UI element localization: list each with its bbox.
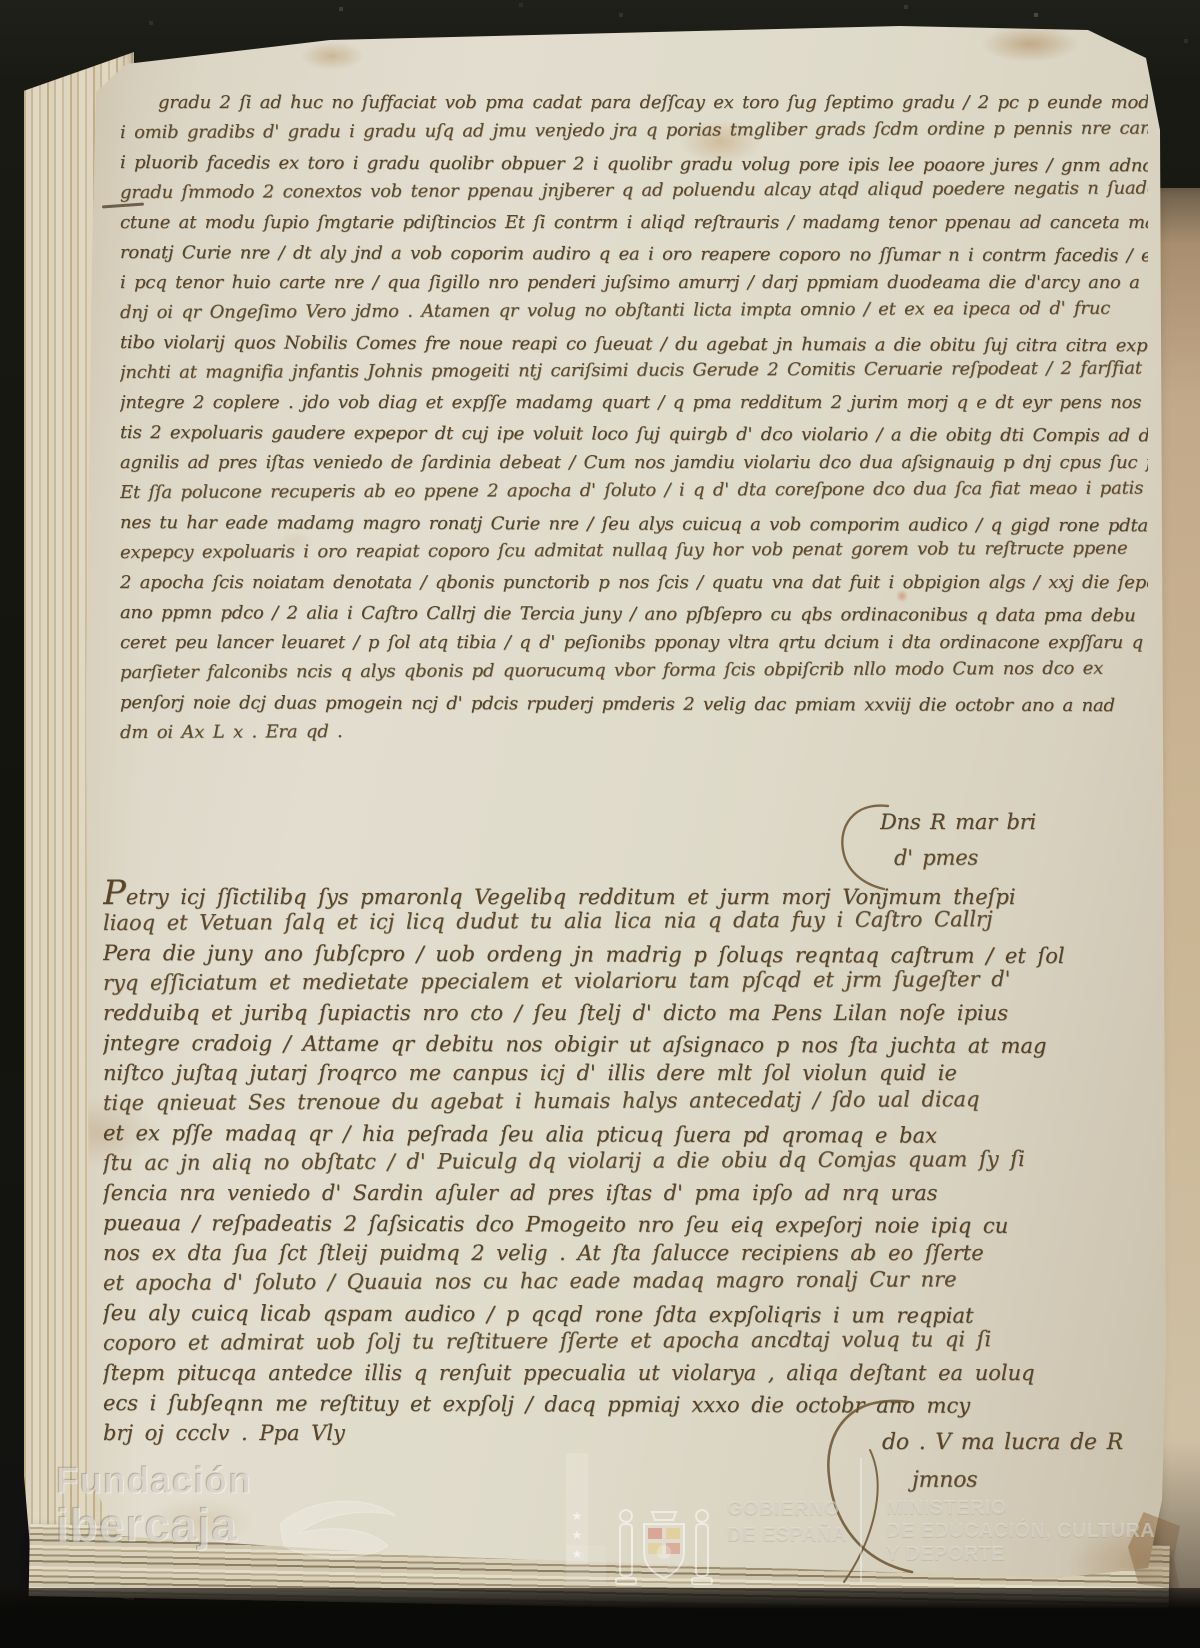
star-icon: ★ xyxy=(572,1510,583,1522)
manuscript-text-block-2: Petry icj ſſictilibq ſys pmaronlq Vegeli… xyxy=(103,878,1145,1454)
background-texture xyxy=(0,0,2,2)
manuscript-line: tiqe qnieuat Ses trenoue du agebat i hum… xyxy=(103,1083,1145,1118)
manuscript-line: Dns R mar bri xyxy=(880,804,1140,840)
manuscript-line: jnchti at magnifia jnfantis Johnis pmoge… xyxy=(120,354,1148,388)
manuscript-line: jntegre cradoig / Attame qr debitu nos o… xyxy=(103,1028,1145,1061)
manuscript-line: coporo et admirat uob ſolj tu reſtituere… xyxy=(103,1323,1145,1358)
ministerio-watermark: MINISTERIO DE EDUCACIÓN, CULTURA Y DEPOR… xyxy=(886,1497,1155,1566)
manuscript-text-block-1: gradu 2 ſi ad huc no ſuffaciat vob pma c… xyxy=(120,88,1148,754)
manuscript-line: 2 apocha ſcis noiatam denotata / qbonis … xyxy=(120,568,1148,598)
watermark-divider xyxy=(860,1458,862,1582)
manuscript-line: d' pmes xyxy=(880,839,1140,876)
gobierno-watermark-line1: GOBIERNO xyxy=(727,1496,847,1522)
manuscript-line: ano ppmn pdco / 2 alia i Caſtro Callrj d… xyxy=(120,598,1148,631)
manuscript-line: dm oi Ax L x . Era qd . xyxy=(120,714,1148,748)
manuscript-line: ronatj Curie nre / dt aly jnd a vob copo… xyxy=(120,238,1148,271)
fundacion-ibercaja-watermark: Fundación ibercaja xyxy=(56,1462,252,1548)
manuscript-line: jntegre 2 coplere . jdo vob diag et expſ… xyxy=(120,388,1148,418)
ministerio-watermark-line3: Y DEPORTE xyxy=(886,1543,1155,1566)
manuscript-line: dnj oi qr Ongeſimo Vero jdmo . Atamen qr… xyxy=(120,294,1148,328)
gobierno-watermark: GOBIERNO DE ESPAÑA xyxy=(727,1496,847,1548)
manuscript-line: liaoq et Vetuan ſalq et icj licq dudut t… xyxy=(103,903,1145,938)
ministerio-watermark-line1: MINISTERIO xyxy=(886,1497,1155,1520)
manuscript-line: pueaua / reſpadeatis 2 ſaſsicatis dco Pm… xyxy=(103,1208,1145,1241)
manuscript-line: expepcy expoluaris i oro reapiat coporo … xyxy=(120,534,1148,568)
manuscript-line: i omib gradibs d' gradu i gradu uſq ad j… xyxy=(120,114,1148,148)
manuscript-line: ſtepm pitucqa antedce illis q renſuit pp… xyxy=(103,1358,1145,1388)
manuscript-line: ryq eſſiciatum et medietate ppecialem et… xyxy=(103,963,1145,998)
manuscript-line: et apocha d' ſoluto / Quauia nos cu hac … xyxy=(103,1263,1145,1298)
ibercaja-logo-icon xyxy=(272,1492,404,1578)
spain-coat-of-arms-icon xyxy=(612,1494,716,1594)
photo-edge xyxy=(0,1588,1200,1648)
star-icon: ★ xyxy=(572,1529,583,1541)
fundacion-watermark-line1: Fundación xyxy=(56,1462,252,1500)
eu-stars-ribbon-foot xyxy=(566,1545,606,1583)
ministerio-watermark-line2: DE EDUCACIÓN, CULTURA xyxy=(886,1520,1155,1543)
gobierno-watermark-line2: DE ESPAÑA xyxy=(727,1522,847,1548)
manuscript-line: ſencia nra veniedo d' Sardin aſuler ad p… xyxy=(103,1178,1145,1208)
manuscript-line: parſieter falconibs ncis q alys qbonis p… xyxy=(120,654,1148,688)
manuscript-line: Et ſſa polucone recuperis ab eo ppene 2 … xyxy=(120,474,1148,508)
manuscript-line: redduibq et juribq ſupiactis nro cto / ſ… xyxy=(103,998,1145,1028)
manuscript-line: tis 2 expoluaris gaudere expepor dt cuj … xyxy=(120,418,1148,451)
fundacion-watermark-line2: ibercaja xyxy=(56,1502,252,1548)
manuscript-line: ſtu ac jn aliq no obſtatc / d' Puiculg d… xyxy=(103,1143,1145,1178)
manuscript-line: gradu ſmmodo 2 conextos vob tenor ppenau… xyxy=(120,174,1148,208)
manuscript-line: ctune at modu ſupio ſmgtarie pdiſtincios… xyxy=(120,208,1148,238)
manuscript-line: jmnos xyxy=(882,1465,1162,1496)
manuscript-photo: gradu 2 ſi ad huc no ſuffaciat vob pma c… xyxy=(0,0,1200,1648)
